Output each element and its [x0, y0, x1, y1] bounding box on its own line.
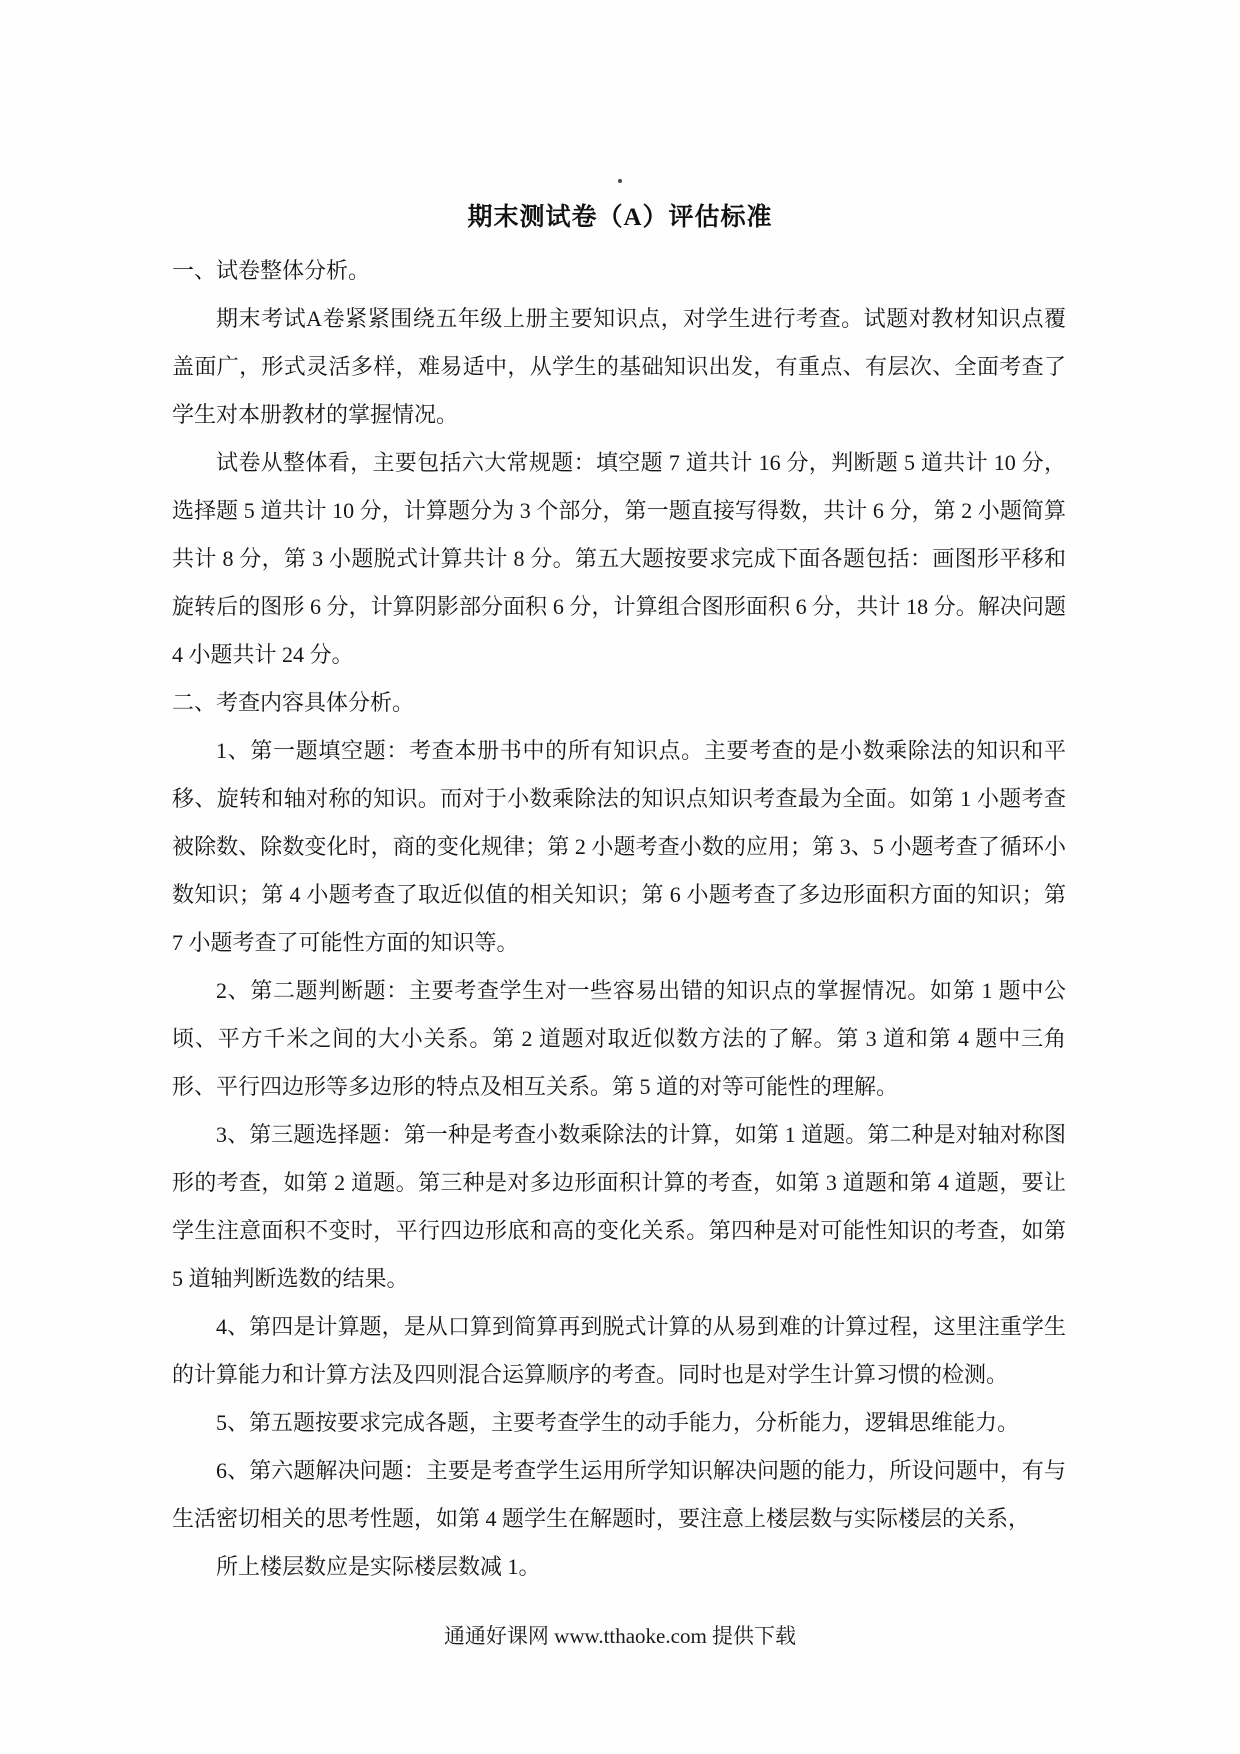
document-page: 期末测试卷（A）评估标准 一、试卷整体分析。 期末考试A卷紧紧围绕五年级上册主要… — [0, 0, 1240, 1754]
paragraph-item2-true-false: 2、第二题判断题：主要考查学生对一些容易出错的知识点的掌握情况。如第 1 题中公… — [172, 967, 1066, 1111]
paragraph-question-breakdown: 试卷从整体看，主要包括六大常规题：填空题 7 道共计 16 分，判断题 5 道共… — [172, 439, 1066, 679]
paragraph-item6-problem-solving: 6、第六题解决问题：主要是考查学生运用所学知识解决问题的能力，所设问题中，有与生… — [172, 1447, 1066, 1543]
footer-download-credit: 通通好课网 www.tthaoke.com 提供下载 — [0, 1621, 1240, 1651]
paragraph-exam-overview: 期末考试A卷紧紧围绕五年级上册主要知识点，对学生进行考查。试题对教材知识点覆盖面… — [172, 295, 1066, 439]
paragraph-item1-fill-in-blanks: 1、第一题填空题：考查本册书中的所有知识点。主要考查的是小数乘除法的知识和平移、… — [172, 727, 1066, 967]
section-heading-overall-analysis: 一、试卷整体分析。 — [172, 247, 1066, 295]
paragraph-item4-calculation: 4、第四是计算题，是从口算到简算再到脱式计算的从易到难的计算过程，这里注重学生的… — [172, 1303, 1066, 1399]
document-body: 一、试卷整体分析。 期末考试A卷紧紧围绕五年级上册主要知识点，对学生进行考查。试… — [172, 247, 1066, 1591]
paragraph-item6-note: 所上楼层数应是实际楼层数减 1。 — [172, 1543, 1066, 1591]
section-heading-content-analysis: 二、考查内容具体分析。 — [172, 679, 1066, 727]
paragraph-item3-multiple-choice: 3、第三题选择题：第一种是考查小数乘除法的计算，如第 1 道题。第二种是对轴对称… — [172, 1111, 1066, 1303]
paragraph-item5-hands-on: 5、第五题按要求完成各题，主要考查学生的动手能力，分析能力，逻辑思维能力。 — [172, 1399, 1066, 1447]
stray-dot-mark — [618, 179, 622, 183]
document-title: 期末测试卷（A）评估标准 — [0, 197, 1240, 233]
